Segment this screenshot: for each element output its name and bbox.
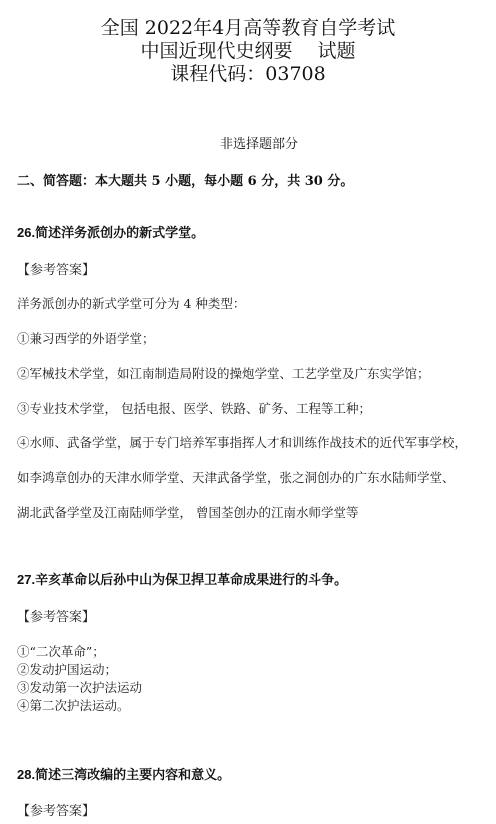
question-number: 27. [17, 572, 35, 587]
question-number: 26. [17, 225, 35, 240]
answer-line: ③专业技术学堂， 包括电报、医学、铁路、矿务、工程等工种； [17, 399, 371, 417]
section-title: 非选择题部分 [0, 133, 496, 152]
answer-line: ③发动第一次护法运动 [17, 679, 142, 697]
course-code: 课程代码：03708 [0, 63, 496, 85]
section-instructions: 二、简答题：本大题共 5 小题，每小题 6 分，共 30 分。 [17, 170, 353, 189]
answer-line: ①兼习西学的外语学堂； [17, 329, 155, 347]
question-text: 简述三湾改编的主要内容和意义。 [35, 768, 230, 783]
course-title: 中国近现代史纲要 试题 [0, 40, 496, 62]
answer-line: ①“二次革命”； [17, 643, 105, 661]
answer-line: 洋务派创办的新式学堂可分为 4 种类型： [17, 294, 245, 312]
question-number: 28. [17, 767, 35, 782]
question-28: 28.简述三湾改编的主要内容和意义。 [17, 764, 230, 783]
answer-label: 【参考答案】 [17, 800, 95, 819]
question-26: 26.简述洋务派创办的新式学堂。 [17, 222, 204, 241]
answer-line: ②发动护国运动； [17, 661, 117, 679]
question-text: 辛亥革命以后孙中山为保卫捍卫革命成果进行的斗争。 [35, 573, 347, 588]
answer-line: ④第二次护法运动。 [17, 697, 130, 715]
question-27: 27.辛亥革命以后孙中山为保卫捍卫革命成果进行的斗争。 [17, 569, 347, 588]
answer-label: 【参考答案】 [17, 259, 95, 278]
exam-title: 全国 2022年4月高等教育自学考试 [0, 17, 496, 39]
answer-line: 如李鸿章创办的天津水师学堂、天津武备学堂，张之洞创办的广东水陆师学堂、 [17, 468, 455, 486]
answer-line: ④水师、武备学堂，属于专门培养军事指挥人才和训练作战技术的近代军事学校， [17, 433, 467, 451]
answer-label: 【参考答案】 [17, 606, 95, 625]
answer-line: ②军械技术学堂，如江南制造局附设的操炮学堂、工艺学堂及广东实学馆； [17, 364, 430, 382]
answer-line: 湖北武备学堂及江南陆师学堂， 曾国荃创办的江南水师学堂等 [17, 503, 358, 521]
question-text: 简述洋务派创办的新式学堂。 [35, 226, 204, 241]
